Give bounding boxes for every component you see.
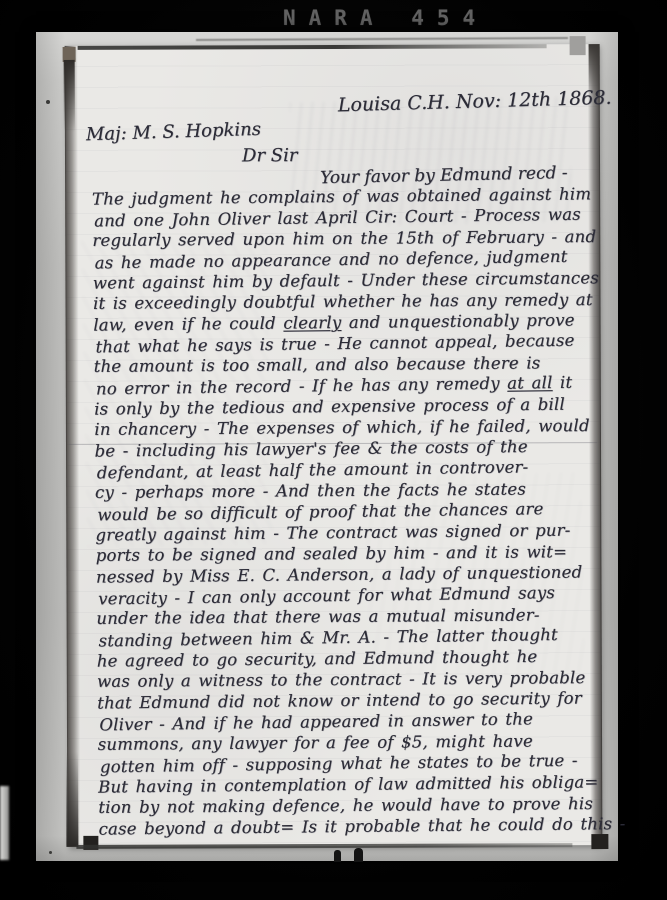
letter-addressee: Maj: M. S. Hopkins bbox=[86, 119, 262, 145]
manuscript-line: it is exceedingly doubtful whether he ha… bbox=[93, 289, 595, 314]
manuscript-line: tion by not making defence, he would hav… bbox=[98, 793, 600, 818]
corner-mount-bottom-right bbox=[591, 834, 608, 849]
corner-shadow-bottom-left bbox=[66, 752, 78, 847]
manuscript-line: ports to be signed and sealed by him - a… bbox=[96, 541, 598, 566]
corner-mount-top-right bbox=[570, 36, 586, 55]
dust-speck bbox=[46, 100, 50, 104]
clip-mark bbox=[334, 850, 341, 862]
nara-watermark: NARA 454 bbox=[283, 6, 488, 30]
dust-speck bbox=[49, 851, 52, 854]
scanned-photograph: NARA 454 Louisa C.H. Nov: 12th 1868. Maj… bbox=[0, 0, 667, 900]
letter-dateline: Louisa C.H. Nov: 12th 1868. bbox=[338, 87, 612, 117]
backing-mat: Louisa C.H. Nov: 12th 1868. Maj: M. S. H… bbox=[36, 32, 618, 861]
behind-page-edge bbox=[196, 37, 568, 41]
letter-body: The judgment he complains of was obtaine… bbox=[92, 183, 601, 839]
manuscript-line: was only a witness to the contract - It … bbox=[97, 667, 599, 692]
corner-mount-bottom-left bbox=[83, 836, 98, 850]
page-left-edge-shadow bbox=[65, 46, 81, 847]
corner-shadow-top-left bbox=[64, 60, 75, 132]
adjacent-page-sliver bbox=[0, 786, 9, 860]
letter-salutation: Dr Sir bbox=[242, 145, 298, 166]
clip-mark bbox=[354, 848, 363, 862]
manuscript-line: in chancery - The expenses of which, if … bbox=[94, 415, 596, 440]
letter-page: Louisa C.H. Nov: 12th 1868. Maj: M. S. H… bbox=[66, 44, 602, 847]
